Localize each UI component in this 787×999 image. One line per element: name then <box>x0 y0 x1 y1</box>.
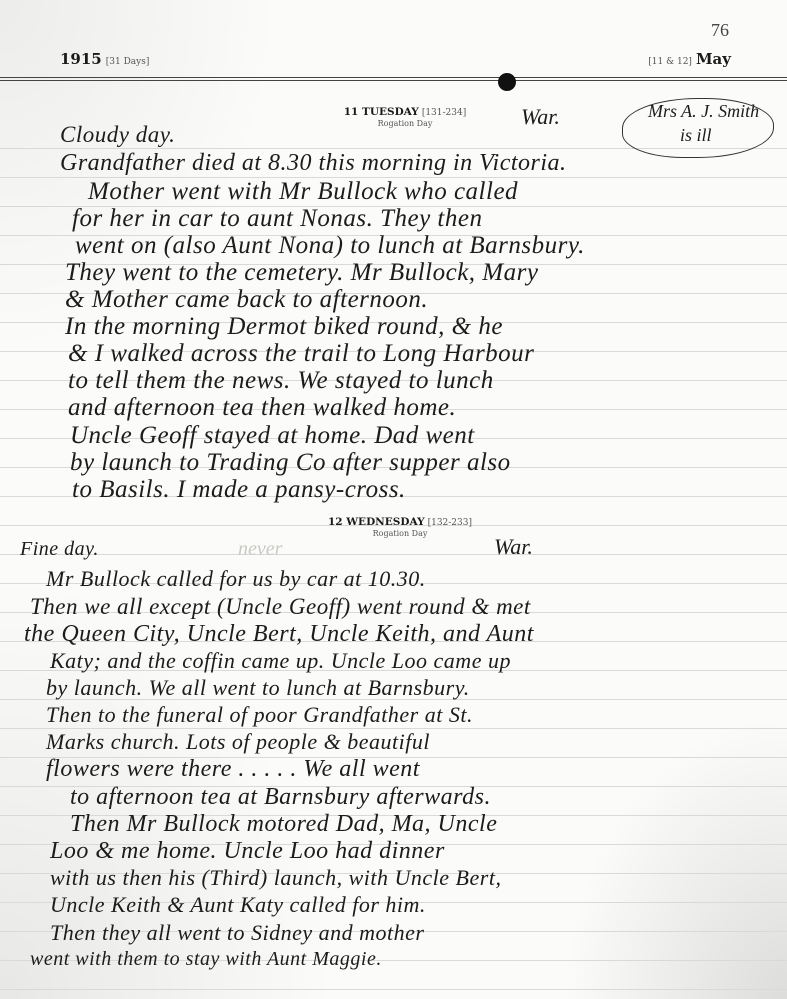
day-numbers: [132-233] <box>428 518 472 528</box>
handwritten-line: In the morning Dermot biked round, & he <box>65 313 503 341</box>
handwritten-line: Then to the funeral of poor Grandfather … <box>46 702 473 728</box>
handwritten-line: Mr Bullock called for us by car at 10.30… <box>46 566 426 592</box>
year-note: [31 Days] <box>106 57 150 67</box>
handwritten-line: for her in car to aunt Nonas. They then <box>72 205 482 233</box>
handwritten-line: went with them to stay with Aunt Maggie. <box>30 948 382 971</box>
header-rule <box>0 80 787 81</box>
handwritten-line: Then we all except (Uncle Geoff) went ro… <box>30 594 531 620</box>
margin-word: War. <box>494 534 533 560</box>
day-title: 12 WEDNESDAY <box>328 516 425 528</box>
handwritten-line: Katy; and the coffin came up. Uncle Loo … <box>50 648 511 674</box>
handwritten-line: to Basils. I made a pansy-cross. <box>72 476 406 504</box>
margin-word: War. <box>521 104 560 130</box>
handwritten-line: Grandfather died at 8.30 this morning in… <box>60 150 567 177</box>
handwritten-line: Fine day. <box>20 538 99 561</box>
handwritten-line: Uncle Keith & Aunt Katy called for him. <box>50 892 426 918</box>
handwritten-line: by launch to Trading Co after supper als… <box>70 449 511 477</box>
side-note-line: is ill <box>680 125 712 146</box>
header-rule <box>0 77 787 78</box>
day-heading-12: 12 WEDNESDAY[132-233] Rogation Day <box>310 516 490 538</box>
handwritten-line: Then they all went to Sidney and mother <box>50 920 425 946</box>
bleed-through-text: never <box>238 538 282 561</box>
month-label: May <box>696 50 731 68</box>
handwritten-line: They went to the cemetery. Mr Bullock, M… <box>65 259 538 287</box>
handwritten-line: flowers were there . . . . . We all went <box>46 756 420 783</box>
handwritten-line: Mother went with Mr Bullock who called <box>88 178 518 206</box>
handwritten-line: with us then his (Third) launch, with Un… <box>50 865 501 891</box>
handwritten-line: to afternoon tea at Barnsbury afterwards… <box>70 784 491 811</box>
day-subtitle: Rogation Day <box>320 119 490 128</box>
handwritten-line: & I walked across the trail to Long Harb… <box>68 340 534 368</box>
binder-hole <box>498 73 516 91</box>
day-heading-11: 11 TUESDAY[131-234] Rogation Day <box>320 106 490 128</box>
handwritten-line: and afternoon tea then walked home. <box>68 394 456 422</box>
day-title: 11 TUESDAY <box>344 106 419 118</box>
day-numbers: [131-234] <box>422 108 466 118</box>
handwritten-line: Then Mr Bullock motored Dad, Ma, Uncle <box>70 811 497 838</box>
handwritten-line: Uncle Geoff stayed at home. Dad went <box>70 422 475 450</box>
handwritten-line: Loo & me home. Uncle Loo had dinner <box>50 838 445 865</box>
handwritten-line: the Queen City, Uncle Bert, Uncle Keith,… <box>24 621 534 648</box>
day-subtitle: Rogation Day <box>310 529 490 538</box>
header-year: 1915[31 Days] <box>60 50 149 68</box>
diary-page: 76 1915[31 Days] [11 & 12]May 11 TUESDAY… <box>0 0 787 999</box>
handwritten-line: Marks church. Lots of people & beautiful <box>46 729 430 755</box>
month-note: [11 & 12] <box>648 57 692 67</box>
handwritten-line: to tell them the news. We stayed to lunc… <box>68 367 494 395</box>
handwritten-line: Cloudy day. <box>60 122 175 148</box>
handwritten-line: went on (also Aunt Nona) to lunch at Bar… <box>75 232 585 260</box>
handwritten-line: by launch. We all went to lunch at Barns… <box>46 675 470 701</box>
side-note-line: Mrs A. J. Smith <box>648 101 759 122</box>
page-number: 76 <box>711 20 729 41</box>
header-month: [11 & 12]May <box>648 50 731 68</box>
year-label: 1915 <box>60 50 102 68</box>
handwritten-line: & Mother came back to afternoon. <box>65 286 428 314</box>
